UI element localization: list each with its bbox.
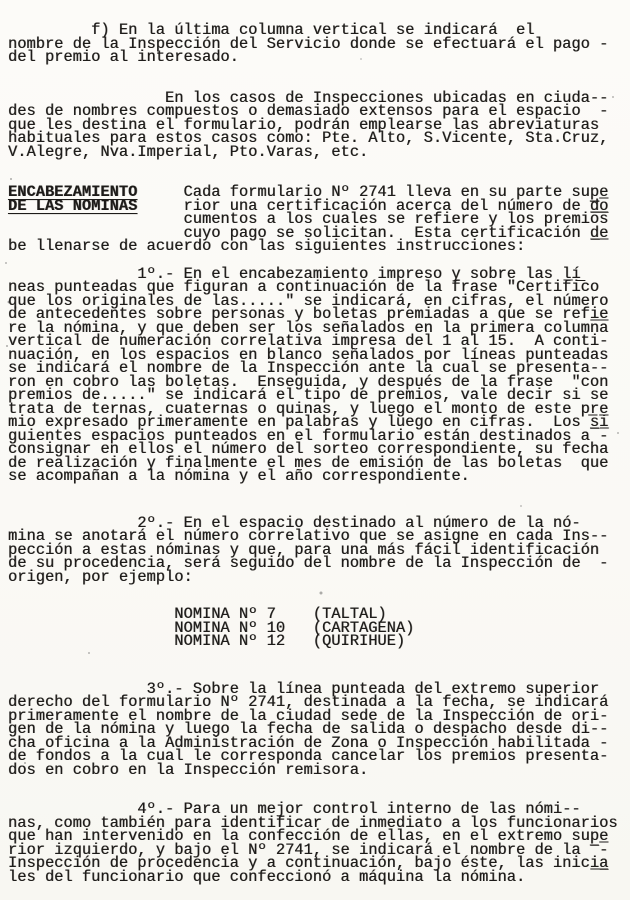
text-line: se acompañan a la nómina y el año corres… — [8, 470, 630, 484]
paragraph-instruccion-4: 4º.- Para un mejor control interno de la… — [8, 803, 630, 884]
document-page: f) En la última columna vertical se indi… — [0, 0, 630, 900]
paragraph-abreviaturas: En los casos de Inspecciones ubicadas en… — [8, 92, 630, 160]
nomina-example-list: NOMINA Nº 7 (TALTAL) NOMINA Nº 10 (CARTA… — [8, 608, 630, 649]
text-line: dos en cobro en la Inspección remisora. — [8, 764, 630, 778]
paragraph-item-f: f) En la última columna vertical se indi… — [8, 24, 630, 65]
list-item: NOMINA Nº 12 (QUIRIHUE) — [8, 635, 630, 649]
paragraph-instruccion-1: 1º.- En el encabezamiento impreso y sobr… — [8, 268, 630, 484]
text-line: be llenarse de acuerdo con las siguiente… — [8, 240, 630, 254]
section-heading-line: DE LAS NOMINAS — [8, 200, 137, 214]
section-encabezamiento-nominas: ENCABEZAMIENTO DE LAS NOMINAS Cada formu… — [8, 186, 630, 254]
paragraph-instruccion-3: 3º.- Sobre la línea punteada del extremo… — [8, 683, 630, 778]
text-line: origen, por ejemplo: — [8, 571, 630, 585]
text-line: del premio al interesado. — [8, 51, 630, 65]
text-line: les del funcionario que confeccionó a má… — [8, 871, 630, 885]
section-heading: ENCABEZAMIENTO DE LAS NOMINAS — [8, 186, 137, 213]
scan-noise — [0, 0, 2, 2]
paragraph-instruccion-2: 2º.- En el espacio destinado al número d… — [8, 517, 630, 585]
text-line: V.Alegre, Nva.Imperial, Pto.Varas, etc. — [8, 146, 630, 160]
